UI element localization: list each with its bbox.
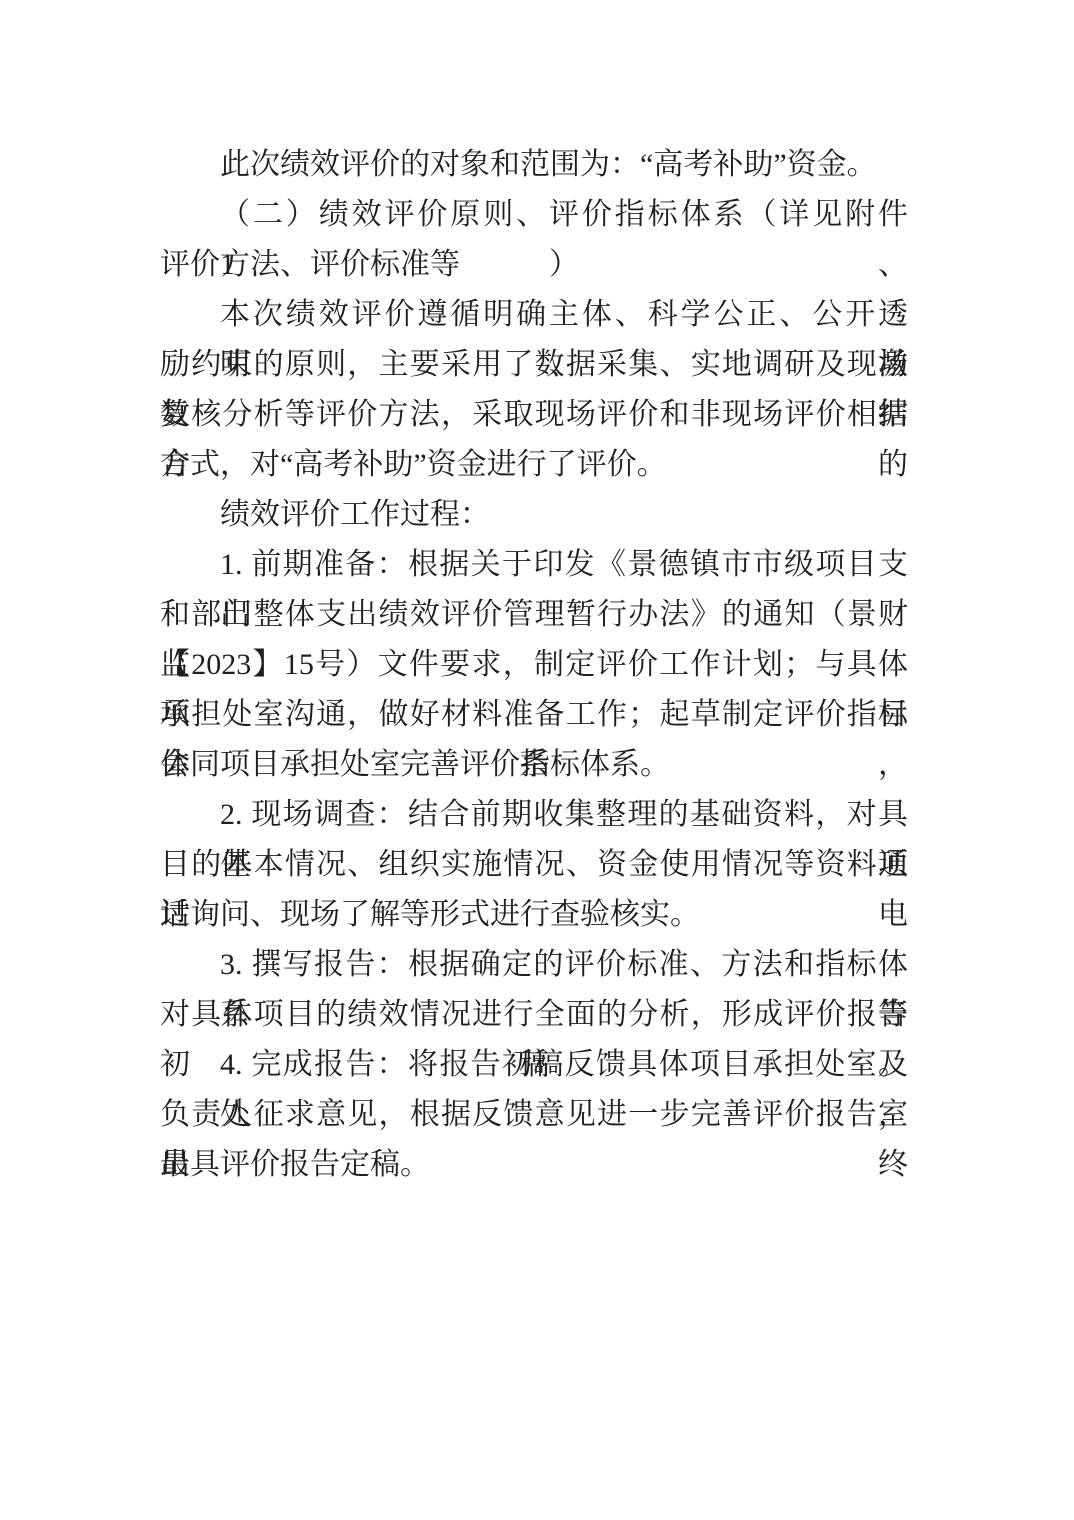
document-line: 复核分析等评价方法，采取现场评价和非现场评价相结合的 — [160, 390, 908, 440]
document-line: 目的基本情况、组织实施情况、资金使用情况等资料通过电 — [160, 840, 908, 890]
document-line: 承担处室沟通，做好材料准备工作；起草制定评价指标体系， — [160, 690, 908, 740]
document-line: 4. 完成报告：将报告初稿反馈具体项目承担处室及处室 — [160, 1040, 908, 1090]
document-line: 负责人征求意见，根据反馈意见进一步完善评价报告，最终 — [160, 1090, 908, 1140]
document-text-block: 此次绩效评价的对象和范围为：“高考补助”资金。 （二）绩效评价原则、评价指标体系… — [160, 140, 908, 1190]
document-line: 对具体项目的绩效情况进行全面的分析，形成评价报告初稿。 — [160, 990, 908, 1040]
document-line: 2. 现场调查：结合前期收集整理的基础资料，对具体项 — [160, 790, 908, 840]
document-line: 绩效评价工作过程： — [160, 490, 908, 540]
document-line: 1. 前期准备：根据关于印发《景德镇市市级项目支出 — [160, 540, 908, 590]
document-line: 本次绩效评价遵循明确主体、科学公正、公开透明、激 — [160, 290, 908, 340]
document-line: 励约束的原则，主要采用了数据采集、实地调研及现场数据 — [160, 340, 908, 390]
document-page: 此次绩效评价的对象和范围为：“高考补助”资金。 （二）绩效评价原则、评价指标体系… — [0, 0, 1074, 1520]
document-line: 【2023】15号）文件要求，制定评价工作计划；与具体项目 — [160, 640, 908, 690]
document-line: 此次绩效评价的对象和范围为：“高考补助”资金。 — [160, 140, 908, 190]
document-line: 3. 撰写报告：根据确定的评价标准、方法和指标体系等 — [160, 940, 908, 990]
document-line: （二）绩效评价原则、评价指标体系（详见附件1）、 — [160, 190, 908, 240]
document-line: 和部门整体支出绩效评价管理暂行办法》的通知（景财监 — [160, 590, 908, 640]
